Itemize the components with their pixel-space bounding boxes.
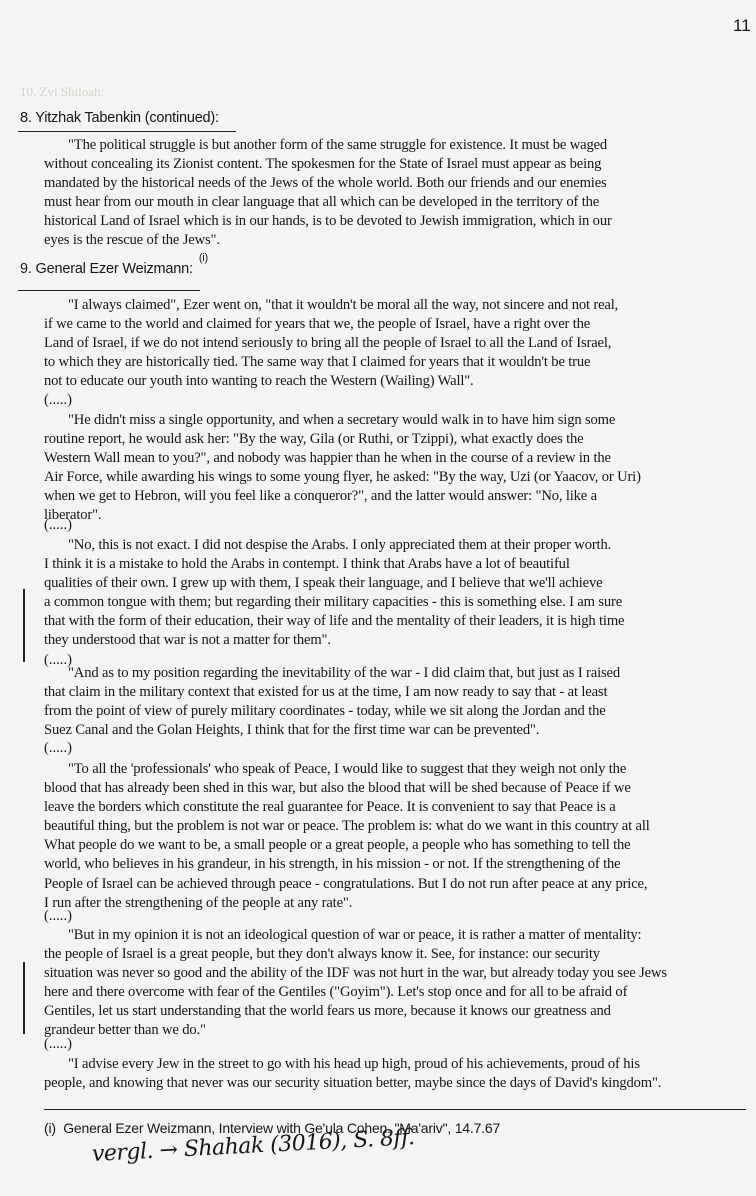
text-line: to which they are historically tied. The… (44, 353, 756, 372)
text-line: "And as to my position regarding the ine… (44, 664, 756, 683)
quote-paragraph: "The political struggle is but another f… (44, 136, 756, 251)
text-line: if we came to the world and claimed for … (44, 315, 756, 334)
heading-underline (18, 131, 236, 132)
text-line: situation was never so good and the abil… (44, 964, 756, 983)
quote-paragraph: "He didn't miss a single opportunity, an… (44, 411, 756, 526)
text-line: must hear from our mouth in clear langua… (44, 193, 756, 212)
text-line: "But in my opinion it is not an ideologi… (44, 926, 756, 945)
text-line: Air Force, while awarding his wings to s… (44, 468, 756, 487)
quote-paragraph: "I advise every Jew in the street to go … (44, 1055, 756, 1093)
text-line: liberator". (44, 506, 756, 525)
margin-mark (23, 589, 25, 662)
text-line: Land of Israel, if we do not intend seri… (44, 334, 756, 353)
text-line: historical Land of Israel which is in ou… (44, 212, 756, 231)
text-line: from the point of view of purely militar… (44, 702, 756, 721)
text-line: a common tongue with them; but regarding… (44, 593, 756, 612)
quote-paragraph: "I always claimed", Ezer went on, "that … (44, 296, 756, 391)
text-line: world, who believes in his grandeur, in … (44, 855, 756, 874)
text-line: "The political struggle is but another f… (44, 136, 756, 155)
text-line: Western Wall mean to you?", and nobody w… (44, 449, 756, 468)
text-line: leave the borders which constitute the r… (44, 798, 756, 817)
text-line: that claim in the military context that … (44, 683, 756, 702)
text-line: here and there overcome with fear of the… (44, 983, 756, 1002)
text-line: blood that has already been shed in this… (44, 779, 756, 798)
text-line: not to educate our youth into wanting to… (44, 372, 756, 391)
omission-marker: (.....) (44, 908, 72, 925)
text-line: when we get to Hebron, will you feel lik… (44, 487, 756, 506)
footnote-reference: (i) (199, 252, 208, 264)
text-line: eyes is the rescue of the Jews". (44, 231, 756, 250)
text-line: "He didn't miss a single opportunity, an… (44, 411, 756, 430)
text-line: "I advise every Jew in the street to go … (44, 1055, 756, 1074)
text-line: people, and knowing that never was our s… (44, 1074, 756, 1093)
section-heading-text: 8. Yitzhak Tabenkin (continued): (20, 110, 219, 126)
text-line: People of Israel can be achieved through… (44, 875, 756, 894)
text-line: mandated by the historical needs of the … (44, 174, 756, 193)
quote-paragraph: "But in my opinion it is not an ideologi… (44, 926, 756, 1041)
text-line: I run after the strengthening of the peo… (44, 894, 756, 913)
text-line: "I always claimed", Ezer went on, "that … (44, 296, 756, 315)
text-line: "To all the 'professionals' who speak of… (44, 760, 756, 779)
document-page: 10. Zvi Shiloah: 11 8. Yitzhak Tabenkin … (0, 0, 756, 1196)
text-line: the people of Israel is a great people, … (44, 945, 756, 964)
section-heading-text: 9. General Ezer Weizmann: (20, 261, 193, 277)
text-line: Gentiles, let us start understanding tha… (44, 1002, 756, 1021)
section-heading-tabenkin: 8. Yitzhak Tabenkin (continued): (20, 110, 219, 126)
page-number: 11 (733, 16, 751, 36)
quote-paragraph: "No, this is not exact. I did not despis… (44, 536, 756, 651)
text-line: they understood that war is not a matter… (44, 631, 756, 650)
text-line: grandeur better than we do." (44, 1021, 756, 1040)
omission-marker: (.....) (44, 517, 72, 534)
text-line: "No, this is not exact. I did not despis… (44, 536, 756, 555)
text-line: Suez Canal and the Golan Heights, I thin… (44, 721, 756, 740)
heading-underline (18, 290, 200, 291)
footnote-marker: (i) (44, 1120, 56, 1136)
text-line: What people do we want to be, a small pe… (44, 836, 756, 855)
omission-marker: (.....) (44, 1036, 72, 1053)
text-line: I think it is a mistake to hold the Arab… (44, 555, 756, 574)
text-line: beautiful thing, but the problem is not … (44, 817, 756, 836)
text-line: without concealing its Zionist content. … (44, 155, 756, 174)
footnote-separator (44, 1109, 746, 1110)
text-line: routine report, he would ask her: "By th… (44, 430, 756, 449)
quote-paragraph: "To all the 'professionals' who speak of… (44, 760, 756, 913)
quote-paragraph: "And as to my position regarding the ine… (44, 664, 756, 740)
bleed-through-heading: 10. Zvi Shiloah: (20, 84, 104, 100)
margin-mark (23, 962, 25, 1034)
text-line: that with the form of their education, t… (44, 612, 756, 631)
section-heading-weizmann: 9. General Ezer Weizmann:(i) (20, 258, 208, 277)
omission-marker: (.....) (44, 392, 72, 409)
omission-marker: (.....) (44, 740, 72, 757)
text-line: qualities of their own. I grew up with t… (44, 574, 756, 593)
